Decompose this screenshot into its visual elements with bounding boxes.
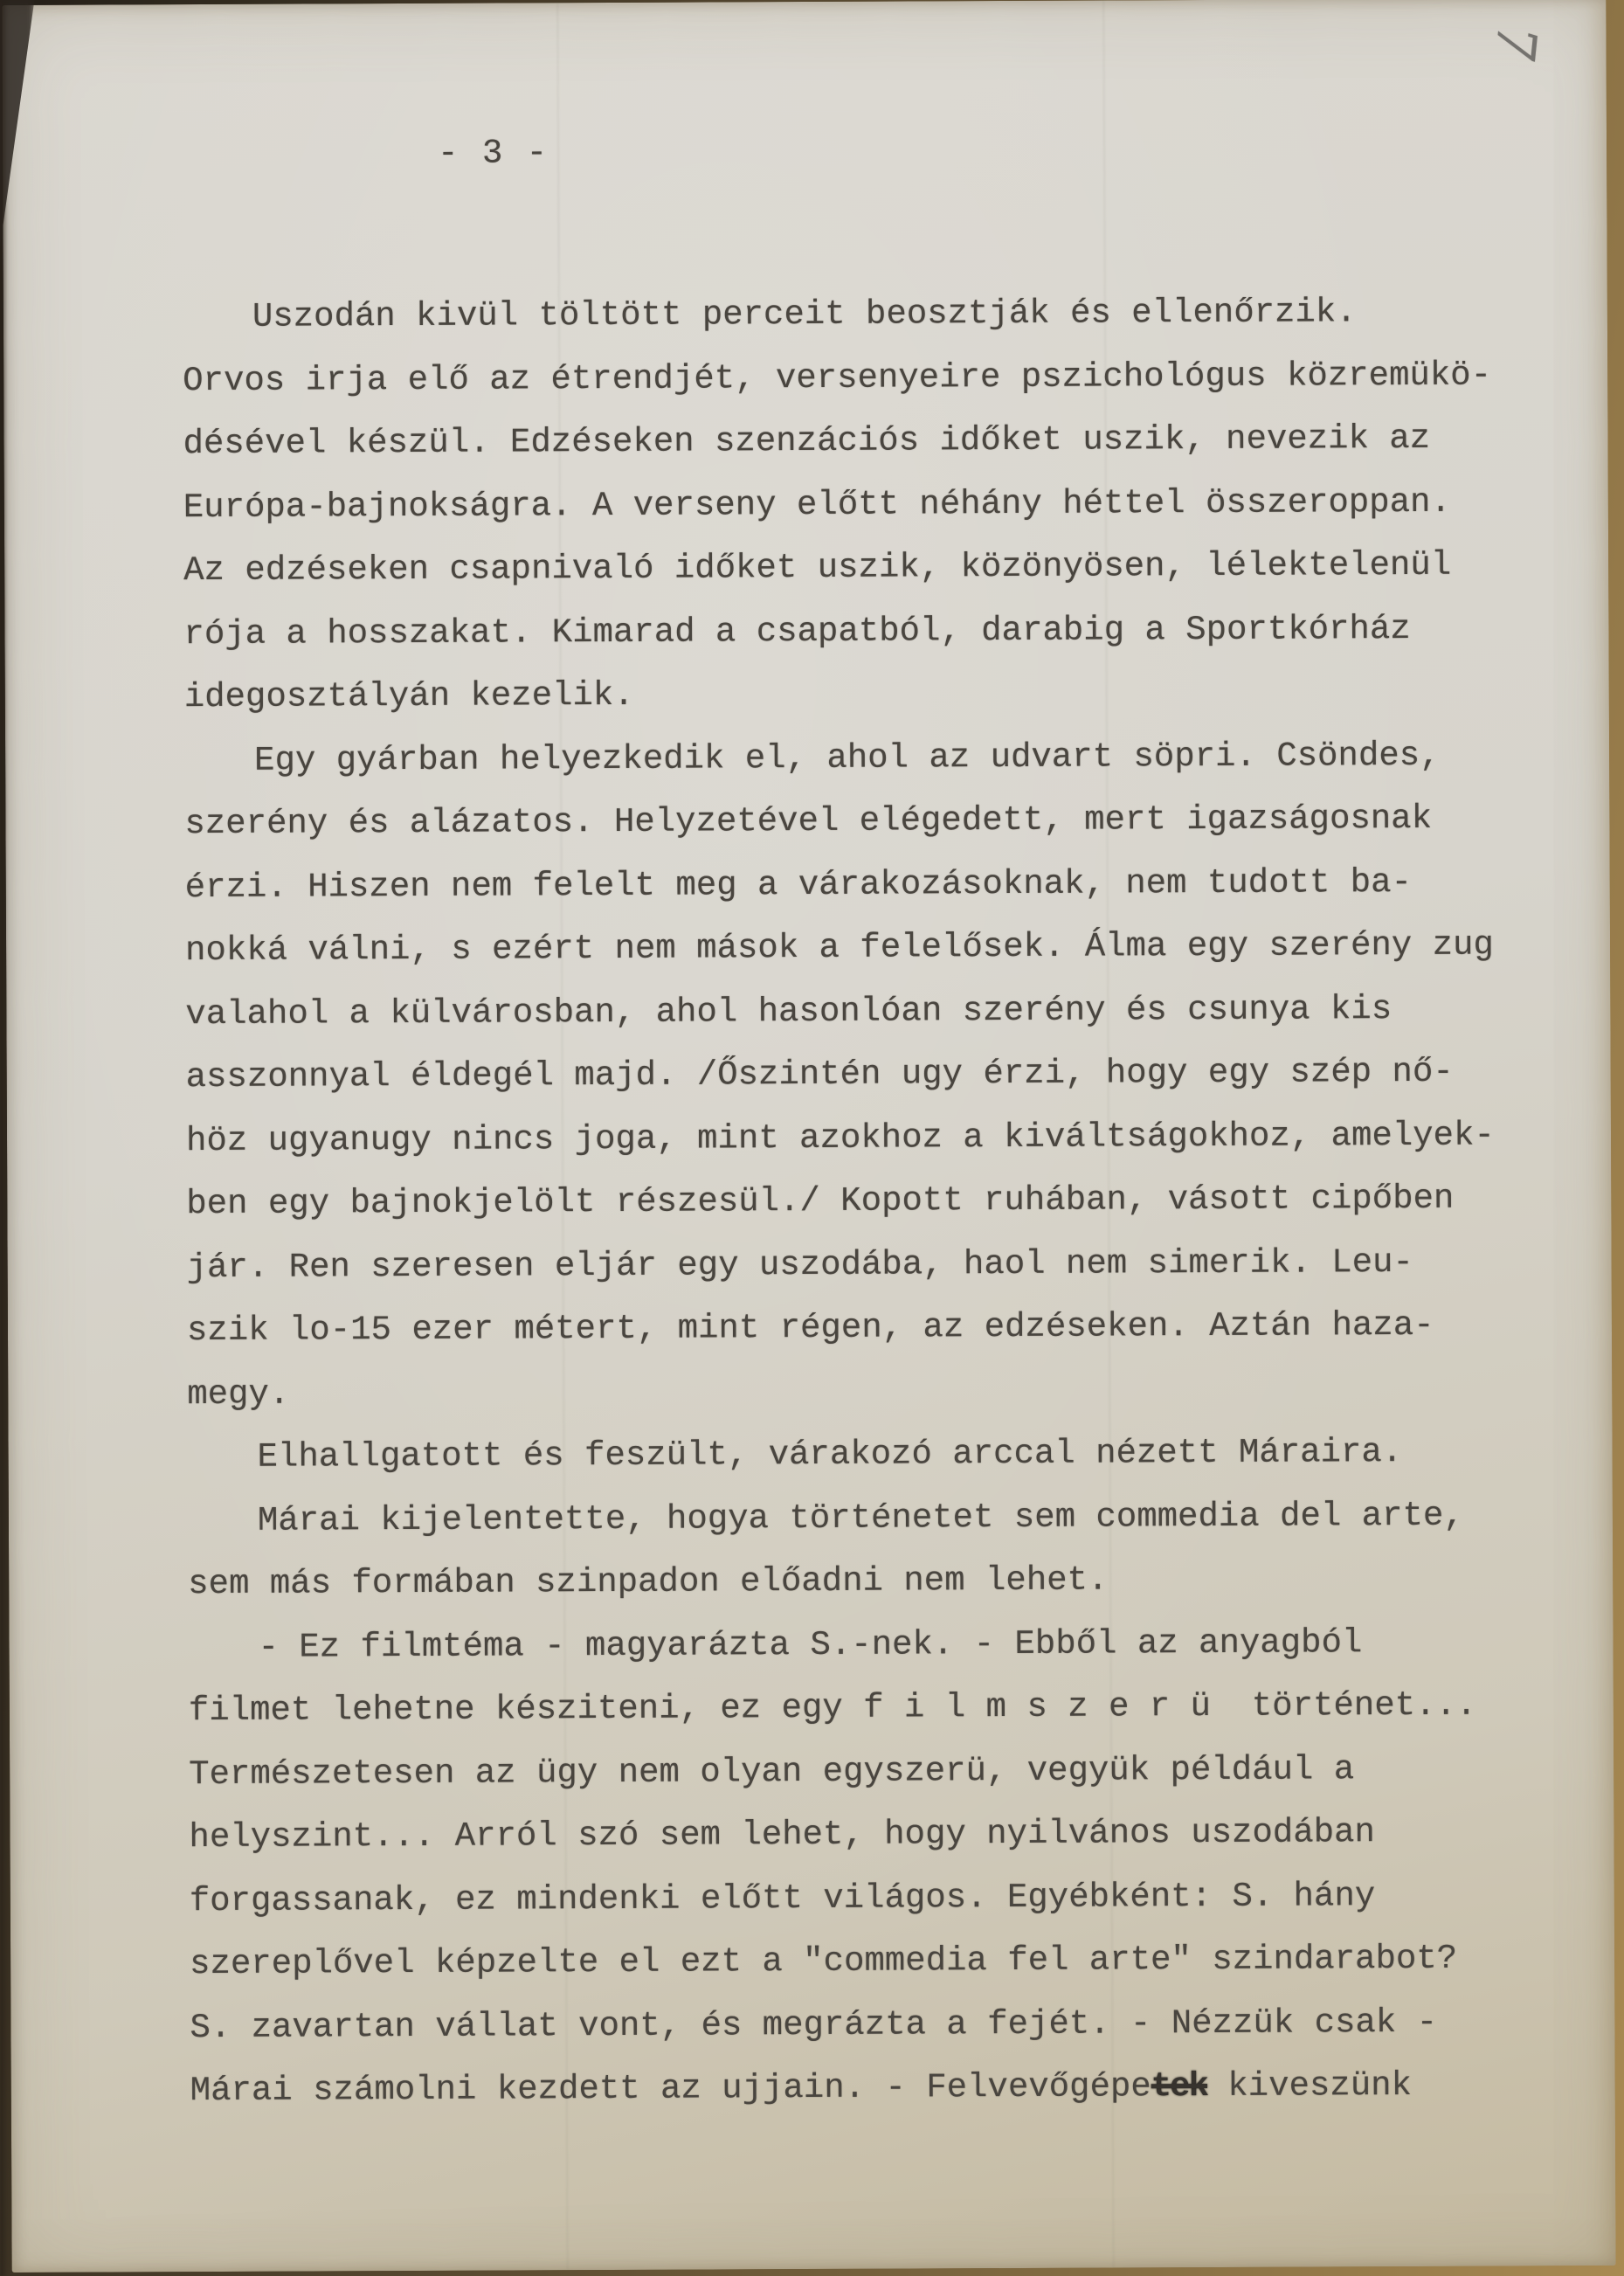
text-line: Természetesen az ügy nem olyan egyszerü,… xyxy=(189,1737,1560,1806)
scanned-typewritten-page: { "document": { "page_number": "- 3 -", … xyxy=(0,0,1624,2276)
text-line: jár. Ren szeresen eljár egy uszodába, ha… xyxy=(186,1230,1558,1299)
text-line: érzi. Hiszen nem felelt meg a várakozáso… xyxy=(185,850,1557,919)
text-line: forgassanak, ez mindenki előtt világos. … xyxy=(190,1864,1561,1933)
struck-out-text: tek xyxy=(1151,2067,1207,2106)
text-line: szerény és alázatos. Helyzetével elégede… xyxy=(184,786,1556,855)
scan-left-edge xyxy=(0,0,8,2276)
page-number: - 3 - xyxy=(438,134,549,173)
text-line: filmet lehetne késziteni, ez egy f i l m… xyxy=(189,1673,1560,1742)
text-line: höz ugyanugy nincs joga, mint azokhoz a … xyxy=(186,1103,1558,1173)
text-line: nokká válni, s ezért nem mások a felelős… xyxy=(185,913,1557,982)
text-line: Márai számolni kezdett az ujjain. - Felv… xyxy=(190,2053,1562,2122)
text-line: ben egy bajnokjelölt részesül./ Kopott r… xyxy=(186,1166,1558,1235)
text-line: asszonnyal éldegél majd. /Őszintén ugy é… xyxy=(186,1040,1558,1109)
text-line: valahol a külvárosban, ahol hasonlóan sz… xyxy=(185,977,1557,1046)
text-line: rója a hosszakat. Kimarad a csapatból, d… xyxy=(183,597,1555,666)
text-line: helyszint... Arról szó sem lehet, hogy n… xyxy=(189,1800,1560,1869)
text-line: - Ez filmtéma - magyarázta S.-nek. - Ebb… xyxy=(188,1610,1559,1679)
text-segment: kiveszünk xyxy=(1207,2066,1412,2106)
text-line: Elhallgatott és feszült, várakozó arccal… xyxy=(187,1420,1558,1489)
text-line: idegosztályán kezelik. xyxy=(184,660,1556,729)
text-line: szereplővel képzelte el ezt a "commedia … xyxy=(190,1927,1561,1996)
text-line: Az edzéseken csapnivaló időket uszik, kö… xyxy=(183,533,1555,602)
text-line: Márai kijelentette, hogya történetet sem… xyxy=(188,1484,1559,1553)
handwritten-page-mark: 7 xyxy=(1482,23,1550,64)
text-segment: Márai számolni kezdett az ujjain. - Felv… xyxy=(190,2067,1151,2110)
text-line: S. zavartan vállat vont, és megrázta a f… xyxy=(190,1990,1561,2059)
text-line: megy. xyxy=(187,1357,1558,1426)
paper-sheet: - 3 - 7 Uszodán kivül töltött perceit be… xyxy=(2,0,1615,2273)
text-line: Európa-bajnokságra. A verseny előtt néhá… xyxy=(183,470,1555,539)
text-line: szik lo-15 ezer métert, mint régen, az e… xyxy=(187,1293,1558,1362)
text-line: désével készül. Edzéseken szenzációs idő… xyxy=(183,406,1554,475)
text-line: sem más formában szinpadon előadni nem l… xyxy=(188,1546,1559,1615)
text-line: Uszodán kivül töltött perceit beosztják … xyxy=(183,280,1554,349)
text-line: Orvos irja elő az étrendjét, versenyeire… xyxy=(183,343,1554,412)
typewritten-text-body: Uszodán kivül töltött perceit beosztják … xyxy=(183,280,1562,2122)
text-line: Egy gyárban helyezkedik el, ahol az udva… xyxy=(184,723,1556,792)
